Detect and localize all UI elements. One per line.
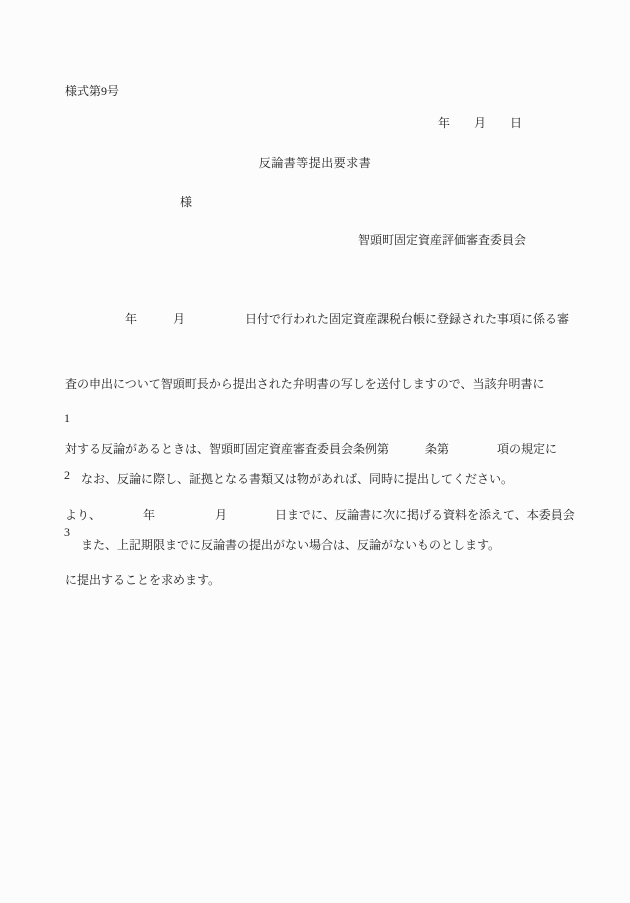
note-line-2: また、上記期限までに反論書の提出がない場合は、反論がないものとします。	[69, 534, 609, 556]
document-title: 反論書等提出要求書	[0, 157, 630, 169]
document-page: 様式第9号 年 月 日 反論書等提出要求書 様 智頭町固定資産評価審査委員会 年…	[0, 0, 630, 903]
body-line-2: 査の申出について智頭町長から提出された弁明書の写しを送付しますので、当該弁明書に	[65, 374, 605, 396]
addressee-honorific: 様	[180, 196, 192, 208]
body-line-1: 年 月 日付で行われた固定資産課税台帳に登録された事項に係る審	[65, 309, 605, 331]
date-blank-line: 年 月 日	[438, 117, 522, 129]
form-number: 様式第9号	[65, 85, 119, 97]
notes: なお、反論に際し、証拠となる書類又は物があれば、同時に提出してください。 また、…	[69, 424, 609, 600]
sender-committee-name: 智頭町固定資産評価審査委員会	[358, 234, 526, 246]
note-line-1: なお、反論に際し、証拠となる書類又は物があれば、同時に提出してください。	[69, 468, 609, 490]
